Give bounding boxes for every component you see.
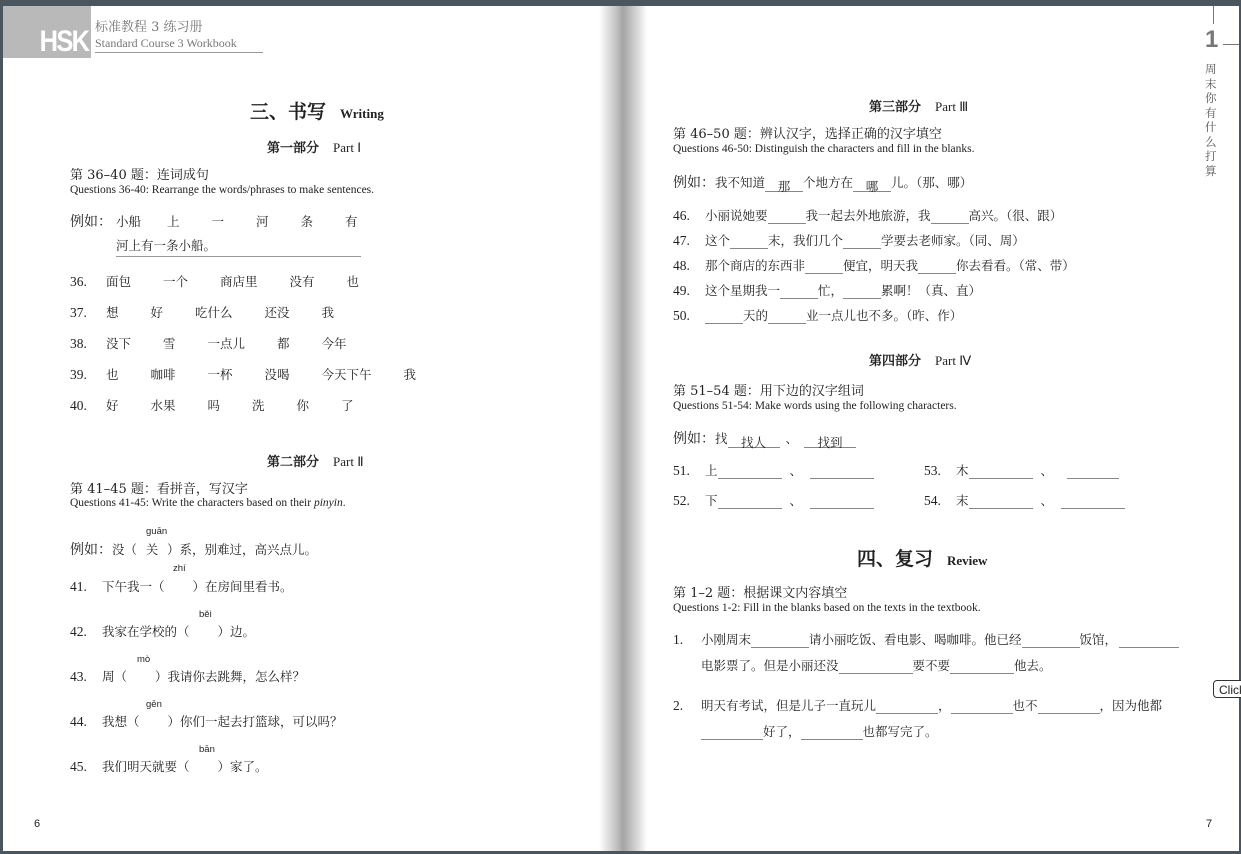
answer-blank[interactable] [780,284,818,299]
page-number-right: 7 [1206,818,1212,830]
question-text: 末，我们几个 [768,233,843,248]
running-header: 标准教程 3 练习册 Standard Course 3 Workbook [95,20,263,53]
example-label: 例如： [673,431,715,447]
question-number: 41. [70,579,102,595]
question-word: 了 [341,396,354,414]
question-number: 51. [673,463,705,479]
pinyin-hint: bān [199,744,215,755]
right-page: 第三部分Part Ⅲ 第 46–50 题：辨认汉字，选择正确的汉字填空 Ques… [647,6,1239,851]
example-answer: 那 [765,177,803,192]
answer-blank[interactable] [969,464,1033,479]
separator: 、 [786,431,799,446]
question-text: 电影票了。但是小丽还没 [701,658,839,673]
question-text: 也都写完了。 [863,724,938,739]
question-text: 请小丽吃饭、看电影、喝咖啡。他已经 [809,632,1022,647]
question-word: 我 [321,303,334,321]
example-word: 一 [211,212,224,230]
question-word: 都 [277,334,290,352]
answer-blank[interactable] [1067,464,1119,479]
question-number: 47. [673,233,705,249]
question-46: 46.小丽说她要我一起去外地旅游，我高兴。（很、跟） [673,206,1062,224]
part3-title: 第三部分Part Ⅲ [869,96,968,115]
question-number: 45. [70,759,102,775]
pinyin-hint: gēn [146,699,162,710]
part2-example: 例如：没（关）系，别难过，高兴点儿。 [70,539,317,559]
answer-blank[interactable] [768,309,806,324]
question-word: 你 [296,396,309,414]
example-text: 没（ [112,542,137,557]
section-title-writing: 三、书写Writing [250,97,384,124]
pinyin-hint: zhí [173,563,186,574]
question-40: 40. 好 水果 吗 洗 你 了 [70,396,382,414]
answer-blank[interactable] [843,234,881,249]
question-word: 今天下午 [321,365,371,383]
question-text: 这个星期我一 [705,283,780,298]
part-title-cn: 第二部分 [267,455,319,470]
question-text: 这个 [705,233,730,248]
question-text: 业一点儿也不多。（昨、作） [806,308,962,323]
part-title-cn: 第四部分 [869,354,921,369]
question-39: 39. 也 咖啡 一杯 没喝 今天下午 我 [70,365,444,383]
question-word: 想 [106,303,119,321]
question-text: 饭馆， [1080,632,1118,647]
example-label: 例如： [673,175,715,191]
question-word: 商店里 [220,272,258,290]
question-number: 46. [673,208,705,224]
question-text: 小丽说她要 [705,208,768,223]
left-page: HSK 标准教程 3 练习册 Standard Course 3 Workboo… [3,6,599,851]
answer-blank[interactable] [810,464,874,479]
part4-instruction-en: Questions 51-54: Make words using the fo… [673,400,957,412]
part3-instruction-en: Questions 46-50: Distinguish the charact… [673,143,975,155]
question-37: 37. 想 好 吃什么 还没 我 [70,303,362,321]
section-title-review: 四、复习Review [857,544,987,571]
instruction-text: Questions 41-45: Write the characters ba… [70,497,314,509]
part4-title: 第四部分Part Ⅳ [869,350,971,369]
question-word: 水果 [150,396,175,414]
question-number: 39. [70,367,102,383]
part3-instruction-cn: 第 46–50 题：辨认汉字，选择正确的汉字填空 [673,123,942,142]
example-text: 我不知道 [715,175,765,190]
answer-blank[interactable] [839,659,913,674]
part4-example: 例如：找找人、找到 [673,428,856,448]
header-title-en: Standard Course 3 Workbook [95,36,263,53]
answer-blank[interactable] [810,494,874,509]
example-label: 例如： [70,542,112,558]
question-word: 面包 [106,272,131,290]
question-text: 高兴。（很、跟） [969,208,1063,223]
question-word: 洗 [252,396,265,414]
answer-blank[interactable] [801,725,863,740]
question-45: 45.我们明天就要（）家了。 [70,757,268,775]
instruction-italic: pinyin [314,497,343,509]
answer-blank[interactable] [931,209,969,224]
question-44: 44.我想（）你们一起去打篮球，可以吗？ [70,712,343,730]
question-47: 47.这个末，我们几个学要去老师家。（同、周） [673,231,1025,249]
answer-blank[interactable] [843,284,881,299]
question-word: 我 [403,365,416,383]
question-text: 周（ [102,669,127,684]
part-title-cn: 第三部分 [869,100,921,115]
review-question-2-line1: 2.明天有考试，但是儿子一直玩儿，也不，因为他都 [673,696,1162,714]
answer-blank[interactable] [805,259,843,274]
question-42: 42.我家在学校的（）边。 [70,622,255,640]
section-title-cn: 三、书写 [250,101,326,123]
example-word: 上 [167,212,180,230]
question-50: 50.天的业一点儿也不多。（昨、作） [673,306,962,324]
question-number: 2. [673,698,701,714]
question-word: 雪 [163,334,176,352]
chapter-number: 1 [1205,26,1218,54]
question-word: 一杯 [207,365,232,383]
click-button[interactable]: Click [1213,680,1241,698]
question-number: 1. [673,632,701,648]
question-word: 吃什么 [195,303,233,321]
question-text: 学要去老师家。（同、周） [881,233,1025,248]
question-text: 我想（ [102,714,140,729]
separator: 、 [790,493,803,508]
part2-title: 第二部分Part Ⅱ [267,451,364,470]
question-number: 49. [673,283,705,299]
question-text: 也不 [1013,698,1038,713]
question-text: 天的 [743,308,768,323]
question-text: ）家了。 [218,759,268,774]
answer-blank[interactable] [969,494,1033,509]
chapter-rule [1223,44,1239,45]
example-answer: 河上有一条小船。 [116,236,361,257]
question-word: 一个 [163,272,188,290]
question-text: 好了， [763,724,801,739]
page-number-left: 6 [34,818,40,830]
question-38: 38. 没下 雪 一点儿 都 今年 [70,334,375,352]
question-word: 没有 [289,272,314,290]
chapter-tab: 1 周末你有什么打算 [1199,6,1239,206]
question-text: 他去。 [1014,658,1052,673]
part-title-cn: 第一部分 [267,141,319,156]
answer-blank[interactable] [751,633,809,648]
question-word: 也 [106,365,119,383]
question-text: ）在房间里看书。 [193,579,293,594]
question-number: 36. [70,274,102,290]
question-text: 明天有考试，但是儿子一直玩儿 [701,698,876,713]
question-text: 累啊！（真、直） [881,283,981,298]
question-36: 36. 面包 一个 商店里 没有 也 [70,272,387,290]
question-41: 41.下午我一（）在房间里看书。 [70,577,293,595]
answer-blank[interactable] [876,699,938,714]
review-instruction-en: Questions 1-2: Fill in the blanks based … [673,602,981,614]
separator: 、 [1041,463,1054,478]
pinyin-hint: guān [146,526,167,537]
question-52: 52.下、 [673,491,874,509]
review-question-2-line2: 好了，也都写完了。 [701,722,938,740]
part1-title: 第一部分Part Ⅰ [267,137,361,156]
question-text: 我们明天就要（ [102,759,190,774]
question-word: 好 [150,303,163,321]
book-spread: HSK 标准教程 3 练习册 Standard Course 3 Workboo… [3,6,1239,851]
question-number: 42. [70,624,102,640]
question-number: 38. [70,336,102,352]
answer-blank[interactable] [705,309,743,324]
example-text: 个地方在 [803,175,853,190]
question-number: 37. [70,305,102,321]
part1-example: 例如： 小船 上 一 河 条 有 [70,211,386,231]
answer-blank[interactable] [1119,633,1179,648]
header-title-cn: 标准教程 3 练习册 [95,20,263,36]
pinyin-hint: mò [137,654,150,665]
question-number: 52. [673,493,705,509]
answer-blank[interactable] [950,659,1014,674]
example-label: 例如： [70,214,112,230]
book-gutter [599,6,647,851]
question-word: 没喝 [264,365,289,383]
chapter-rule [1213,6,1214,24]
separator: 、 [790,463,803,478]
review-question-1-line1: 1.小刚周末请小丽吃饭、看电影、喝咖啡。他已经饭馆， [673,630,1179,648]
question-word: 没下 [106,334,131,352]
example-text: 儿。（那、哪） [891,175,972,190]
example-answer: 关 [137,540,167,558]
question-text: ）边。 [218,624,256,639]
example-char: 找 [715,431,728,446]
question-word: 一点儿 [207,334,245,352]
answer-blank[interactable] [1038,699,1100,714]
instruction-text: . [343,497,346,509]
part-title-en: Part Ⅱ [333,454,364,469]
answer-blank[interactable] [718,464,782,479]
question-char: 下 [705,493,718,508]
part3-example: 例如：我不知道那个地方在哪儿。（那、哪） [673,172,972,192]
question-number: 44. [70,714,102,730]
question-text: ，因为他都 [1100,698,1163,713]
part1-instruction-en: Questions 36-40: Rearrange the words/phr… [70,184,374,196]
part-title-en: Part Ⅳ [935,353,971,368]
example-answer: 找人 [728,433,780,448]
question-word: 也 [346,272,359,290]
answer-blank[interactable] [951,699,1013,714]
answer-blank[interactable] [1022,633,1080,648]
question-char: 末 [956,493,969,508]
part2-instruction-cn: 第 41–45 题：看拼音，写汉字 [70,478,248,497]
question-text: ）你们一起去打篮球，可以吗？ [168,714,343,729]
example-text: ）系，别难过，高兴点儿。 [167,542,317,557]
section-title-cn: 四、复习 [857,548,933,570]
part2-instruction-en: Questions 41-45: Write the characters ba… [70,497,346,509]
question-number: 48. [673,258,705,274]
example-answer: 找到 [804,433,856,448]
answer-blank[interactable] [1061,494,1125,509]
review-question-1-line2: 电影票了。但是小丽还没要不要他去。 [701,656,1052,674]
question-number: 50. [673,308,705,324]
separator: 、 [1041,493,1054,508]
question-word: 好 [106,396,119,414]
example-word: 小船 [116,212,141,230]
chapter-title-vertical: 周末你有什么打算 [1205,62,1219,178]
review-instruction-cn: 第 1–2 题：根据课文内容填空 [673,582,847,601]
question-text: 你去看看。（常、带） [956,258,1075,273]
answer-blank[interactable] [718,494,782,509]
answer-blank[interactable] [918,259,956,274]
example-word: 有 [345,212,358,230]
question-text: 小刚周末 [701,632,751,647]
question-word: 还没 [264,303,289,321]
hsk-logo: HSK [3,6,91,58]
question-number: 40. [70,398,102,414]
answer-blank[interactable] [701,725,763,740]
question-char: 木 [956,463,969,478]
question-53: 53.木、 [924,461,1119,479]
question-54: 54.末、 [924,491,1125,509]
question-text: ）我请你去跳舞，怎么样？ [155,669,305,684]
question-43: 43.周（）我请你去跳舞，怎么样？ [70,667,305,685]
example-answer: 哪 [853,177,891,192]
question-text: 忙， [818,283,843,298]
part-title-en: Part Ⅲ [935,99,968,114]
question-char: 上 [705,463,718,478]
question-word: 今年 [321,334,346,352]
question-text: 我家在学校的（ [102,624,190,639]
question-48: 48.那个商店的东西非便宜，明天我你去看看。（常、带） [673,256,1075,274]
pinyin-hint: běi [199,609,212,620]
part4-instruction-cn: 第 51–54 题：用下边的汉字组词 [673,380,864,399]
question-text: ， [938,698,951,713]
answer-blank[interactable] [768,209,806,224]
question-number: 54. [924,493,956,509]
answer-blank[interactable] [730,234,768,249]
question-text: 我一起去外地旅游，我 [806,208,931,223]
question-number: 43. [70,669,102,685]
part1-instruction-cn: 第 36–40 题：连词成句 [70,164,209,183]
question-text: 便宜，明天我 [843,258,918,273]
question-word: 吗 [207,396,220,414]
example-word: 河 [256,212,269,230]
question-51: 51.上、 [673,461,874,479]
question-text: 下午我一（ [102,579,165,594]
example-word: 条 [300,212,313,230]
section-title-en: Writing [340,106,384,121]
question-word: 咖啡 [150,365,175,383]
section-title-en: Review [947,553,987,568]
question-text: 要不要 [913,658,951,673]
question-text: 那个商店的东西非 [705,258,805,273]
question-number: 53. [924,463,956,479]
part-title-en: Part Ⅰ [333,140,361,155]
question-49: 49.这个星期我一忙，累啊！（真、直） [673,281,981,299]
